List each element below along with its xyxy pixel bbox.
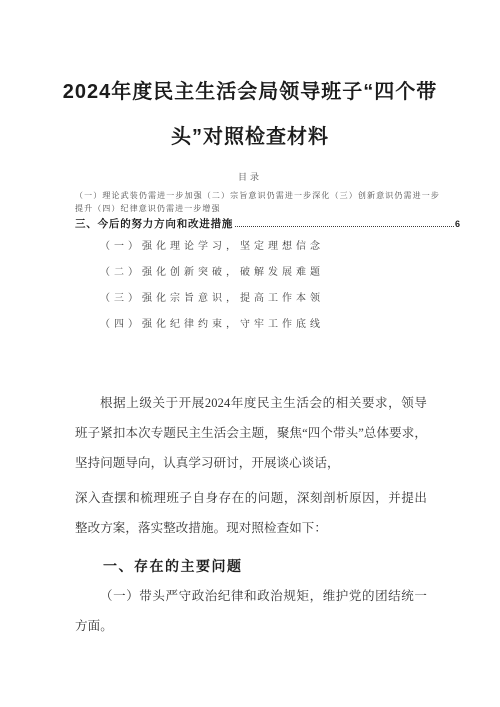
document-title: 2024年度民主生活会局领导班子“四个带 头”对照检查材料 (0, 70, 500, 160)
toc-sub-entry-1[interactable]: （一）强化理论学习，坚定理想信念 (100, 234, 500, 260)
toc-entry-section3[interactable]: 三、今后的努力方向和改进措施 6 (75, 217, 460, 231)
toc-entry-page-number: 6 (455, 217, 460, 231)
toc-sub-entry-3[interactable]: （三）强化宗旨意识，提高工作本领 (100, 286, 500, 312)
toc-sub-entry-4[interactable]: （四）强化纪律约束，守牢工作底线 (100, 312, 500, 338)
document-body: 根据上级关于开展2024年度民主生活会的相关要求，领导班子紧扣本次专题民主生活会… (75, 388, 427, 641)
toc-sub-entry-2[interactable]: （二）强化创新突破，破解发展难题 (100, 260, 500, 286)
toc-entry-label: 三、今后的努力方向和改进措施 (75, 217, 233, 231)
body-paragraph-2: 深入查摆和梳理班子自身存在的问题，深刻剖析原因，并提出整改方案，落实整改措施。现… (75, 483, 427, 543)
toc-sub-entries: （一）强化理论学习，坚定理想信念 （二）强化创新突破，破解发展难题 （三）强化宗… (0, 234, 500, 338)
section-heading-problems: 一、存在的主要问题 (75, 551, 427, 581)
document-title-line1: 2024年度民主生活会局领导班子“四个带 (0, 70, 500, 115)
body-paragraph-1: 根据上级关于开展2024年度民主生活会的相关要求，领导班子紧扣本次专题民主生活会… (75, 388, 427, 478)
body-paragraph-3: （一）带头严守政治纪律和政治规矩，维护党的团结统一方面。 (75, 581, 427, 641)
toc-overflow-entries: （一）理论武装仍需进一步加强（二）宗旨意识仍需进一步深化（三）创新意识仍需进一步… (75, 189, 440, 215)
document-title-line2: 头”对照检查材料 (0, 115, 500, 160)
document-page: 2024年度民主生活会局领导班子“四个带 头”对照检查材料 目录 （一）理论武装… (0, 0, 500, 707)
toc-dot-leader (235, 226, 454, 227)
toc-heading: 目录 (0, 172, 500, 183)
